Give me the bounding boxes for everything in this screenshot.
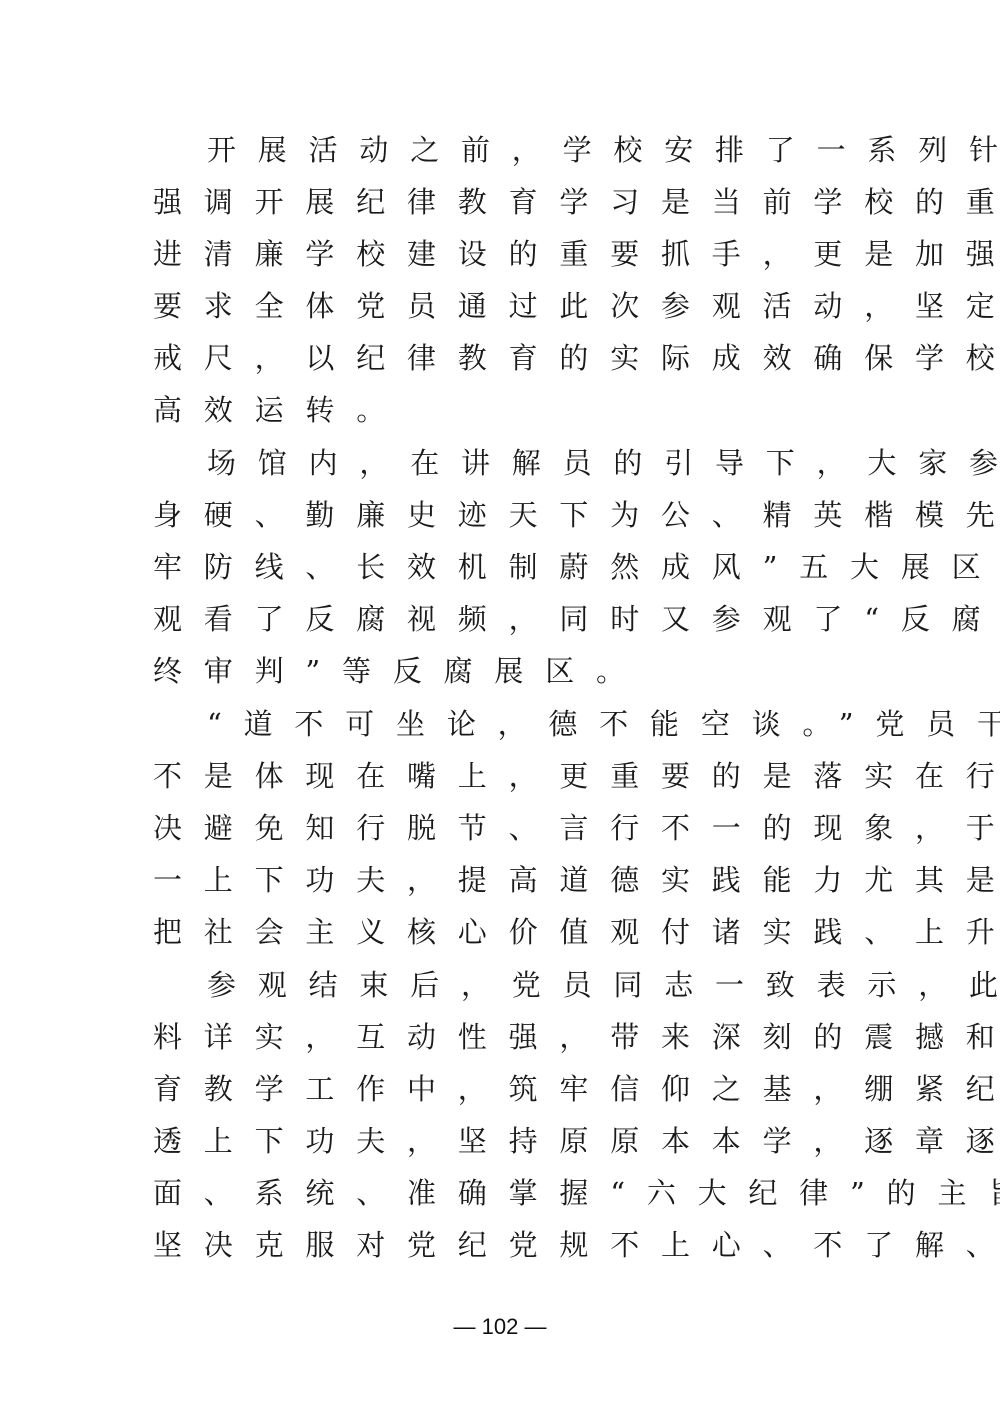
paragraph-3-line-3: 决避免知行脱节、言行不一的现象，于实处用力，从知行合 [153,802,1000,854]
paragraph-3-line-1: “道不可坐论，德不能空谈。”党员干部的道德操守， [207,698,1000,750]
paragraph-3-line-5: 把社会主义核心价值观付诸实践、上升为内在约束。 [153,906,1000,958]
paragraph-4-line-6: 坚决克服对党纪党规不上心、不了解、不掌握等问题。用党 [153,1219,1000,1271]
paragraph-4-line-3: 育教学工作中，筑牢信仰之基，绷紧纪律之弦。会在学深学 [153,1063,1000,1115]
paragraph-1-line-5: 戒尺，以纪律教育的实际成效确保学校各项工作有序开展、 [153,332,1000,384]
paragraph-2-line-2: 身硬、勤廉史迹天下为公、精英楷模先进榜样、夯实基础筑 [153,489,1000,541]
document-page: 开展活动之前，学校安排了一系列针对性的思想教育， 强调开展纪律教育学习是当前学校… [0,0,1000,1414]
paragraph-4-line-4: 透上下功夫，坚持原原本本学，逐章逐条学，精读细研，全 [153,1115,1000,1167]
paragraph-3-line-4: 一上下功夫，提高道德实践能力尤其是自觉践行能力，真正 [153,854,1000,906]
paragraph-2-line-5: 终审判”等反腐展区。 [153,645,647,697]
paragraph-4-line-2: 料详实，互动性强，带来深刻的震撼和思考。决心在今后教 [153,1011,1000,1063]
paragraph-3-line-2: 不是体现在嘴上，更重要的是落实在行动上。党员干部要坚 [153,750,1000,802]
paragraph-1-line-6: 高效运转。 [153,384,407,436]
paragraph-1-line-1: 开展活动之前，学校安排了一系列针对性的思想教育， [207,124,1000,176]
page-number: — 102 — [0,1314,1000,1340]
paragraph-2-line-1: 场馆内，在讲解员的引导下，大家参观了“打铁必须自 [207,437,1000,489]
paragraph-1-line-3: 进清廉学校建设的重要抓手，更是加强作风建设的有力举措。 [153,228,1000,280]
paragraph-1-line-4: 要求全体党员通过此次参观活动，坚定理想信念，高悬规矩 [153,280,1000,332]
paragraph-4-line-1: 参观结束后，党员同志一致表示，此次参观学习图文资 [207,959,1000,1011]
paragraph-4-line-5: 面、系统、准确掌握“六大纪律”的主旨要义和根本要求， [153,1167,1000,1219]
paragraph-2-line-3: 牢防线、长效机制蔚然成风”五大展区。在反腐区域，大家 [153,541,1000,593]
paragraph-2-line-4: 观看了反腐视频，同时又参观了“反腐重任、人民罪人、最 [153,593,1000,645]
paragraph-1-line-2: 强调开展纪律教育学习是当前学校的重点工作之一，也是推 [153,176,1000,228]
